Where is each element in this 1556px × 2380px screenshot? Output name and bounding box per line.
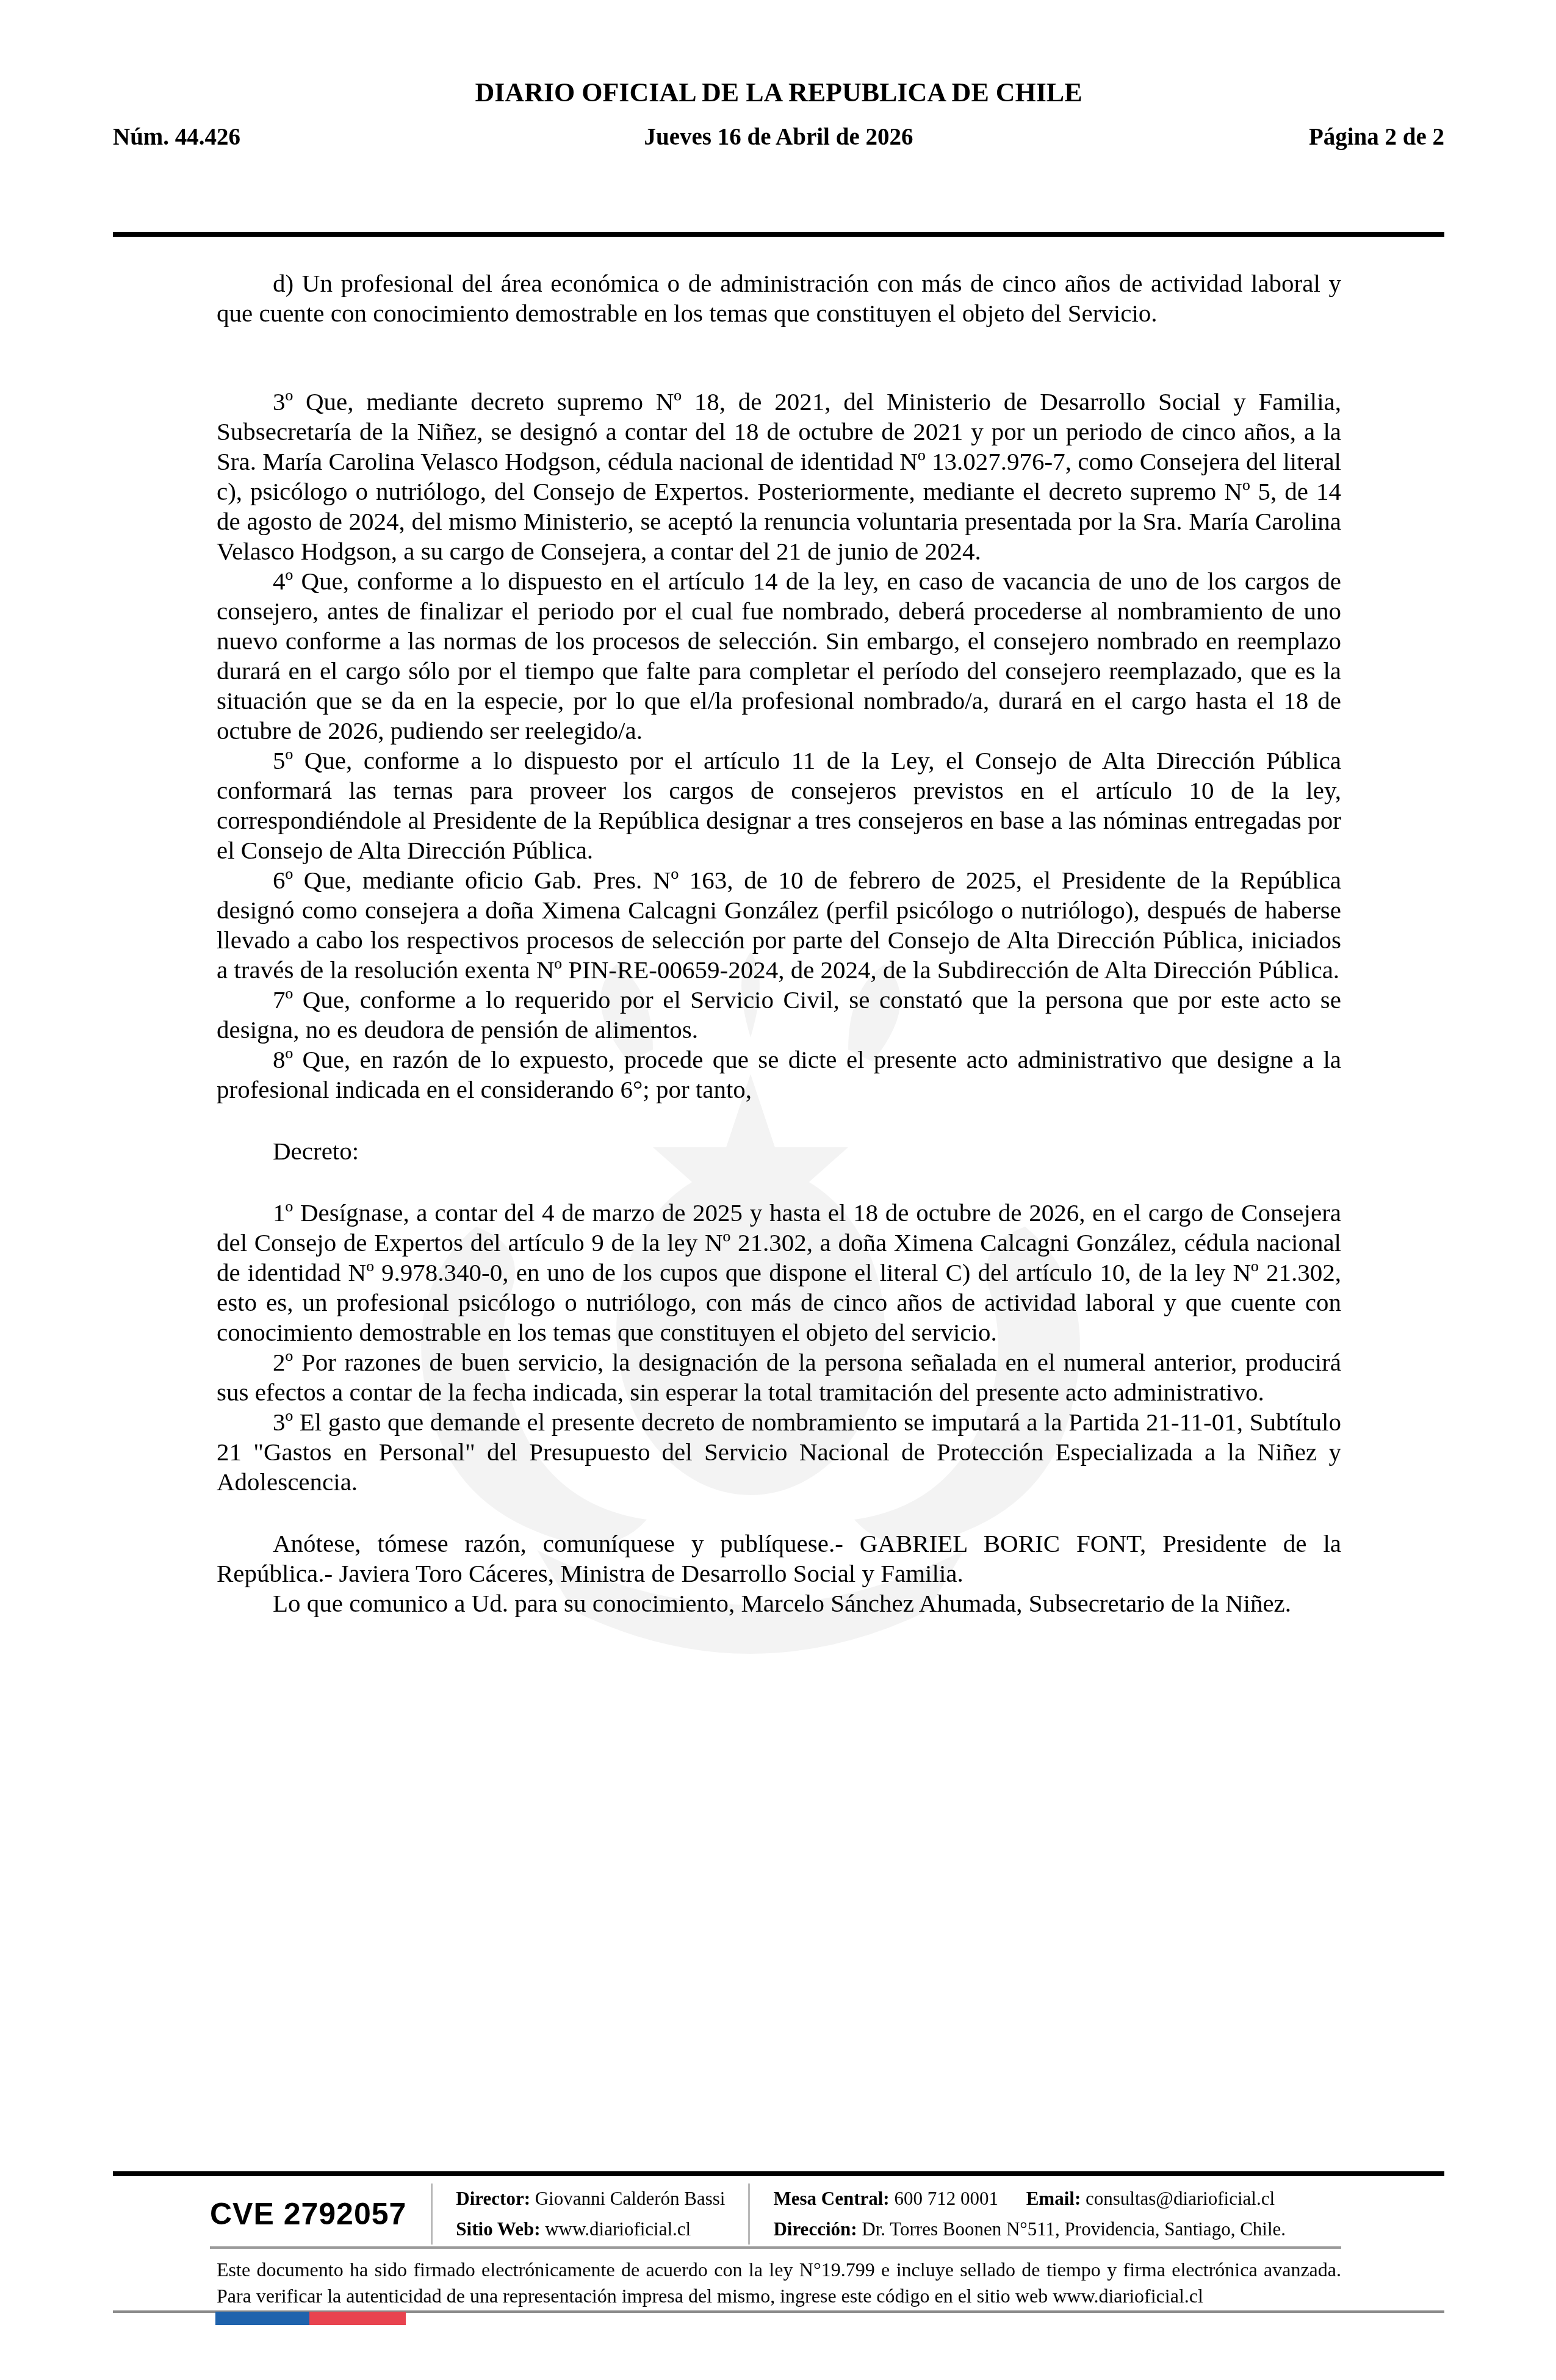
flag-red-bar — [309, 2312, 406, 2325]
director-value: Giovanni Calderón Bassi — [535, 2188, 726, 2209]
body-paragraph: d) Un profesional del área económica o d… — [217, 269, 1341, 328]
address-line: Dirección: Dr. Torres Boonen N°511, Prov… — [773, 2214, 1286, 2245]
publication-date: Jueves 16 de Abril de 2026 — [113, 123, 1444, 151]
header-meta-row: Núm. 44.426 Jueves 16 de Abril de 2026 P… — [113, 123, 1444, 153]
decree-heading: Decreto: — [217, 1136, 1341, 1166]
website-value: www.diarioficial.cl — [545, 2218, 691, 2240]
publication-title: DIARIO OFICIAL DE LA REPUBLICA DE CHILE — [113, 78, 1444, 107]
email-value: consultas@diarioficial.cl — [1086, 2188, 1275, 2209]
body-paragraph: 8º Que, en razón de lo expuesto, procede… — [217, 1045, 1341, 1105]
body-paragraph: 5º Que, conforme a lo dispuesto por el a… — [217, 746, 1341, 865]
body-paragraph: 2º Por razones de buen servicio, la desi… — [217, 1347, 1341, 1407]
body-paragraph: 3º Que, mediante decreto supremo Nº 18, … — [217, 387, 1341, 566]
document-body: d) Un profesional del área económica o d… — [217, 269, 1341, 1618]
footer-top-rule — [113, 2171, 1444, 2176]
director-line: Director: Giovanni Calderón Bassi — [456, 2183, 725, 2214]
signature-paragraph: Lo que comunico a Ud. para su conocimien… — [217, 1588, 1341, 1618]
address-value: Dr. Torres Boonen N°511, Providencia, Sa… — [862, 2218, 1286, 2240]
body-paragraph: 4º Que, conforme a lo dispuesto en el ar… — [217, 566, 1341, 746]
chile-flag-mark — [215, 2312, 406, 2325]
footer-info-box: CVE 2792057 Director: Giovanni Calderón … — [210, 2183, 1341, 2245]
signature-paragraph: Anótese, tómese razón, comuníquese y pub… — [217, 1529, 1341, 1588]
address-label: Dirección: — [773, 2218, 857, 2240]
flag-blue-bar — [215, 2312, 309, 2325]
phone-value: 600 712 0001 — [894, 2188, 998, 2209]
footer-director-column: Director: Giovanni Calderón Bassi Sitio … — [433, 2183, 748, 2245]
page-indicator: Página 2 de 2 — [1309, 123, 1444, 151]
phone-label: Mesa Central: — [773, 2188, 889, 2209]
website-line: Sitio Web: www.diarioficial.cl — [456, 2214, 725, 2245]
footer-contact-column: Mesa Central: 600 712 0001 Email: consul… — [750, 2183, 1309, 2245]
body-paragraph: 1º Desígnase, a contar del 4 de marzo de… — [217, 1198, 1341, 1347]
director-label: Director: — [456, 2188, 530, 2209]
body-paragraph: 7º Que, conforme a lo requerido por el S… — [217, 985, 1341, 1045]
page-header: DIARIO OFICIAL DE LA REPUBLICA DE CHILE … — [113, 78, 1444, 153]
header-rule — [113, 232, 1444, 237]
website-label: Sitio Web: — [456, 2218, 540, 2240]
footer-mid-rule — [210, 2246, 1341, 2249]
body-paragraph: 6º Que, mediante oficio Gab. Pres. Nº 16… — [217, 865, 1341, 985]
legal-notice: Este documento ha sido firmado electróni… — [217, 2257, 1341, 2309]
email-label: Email: — [1026, 2188, 1081, 2209]
body-paragraph: 3º El gasto que demande el presente decr… — [217, 1407, 1341, 1497]
phone-email-line: Mesa Central: 600 712 0001 Email: consul… — [773, 2183, 1286, 2214]
gazette-page: DIARIO OFICIAL DE LA REPUBLICA DE CHILE … — [0, 0, 1556, 2380]
cve-code: CVE 2792057 — [210, 2196, 431, 2232]
